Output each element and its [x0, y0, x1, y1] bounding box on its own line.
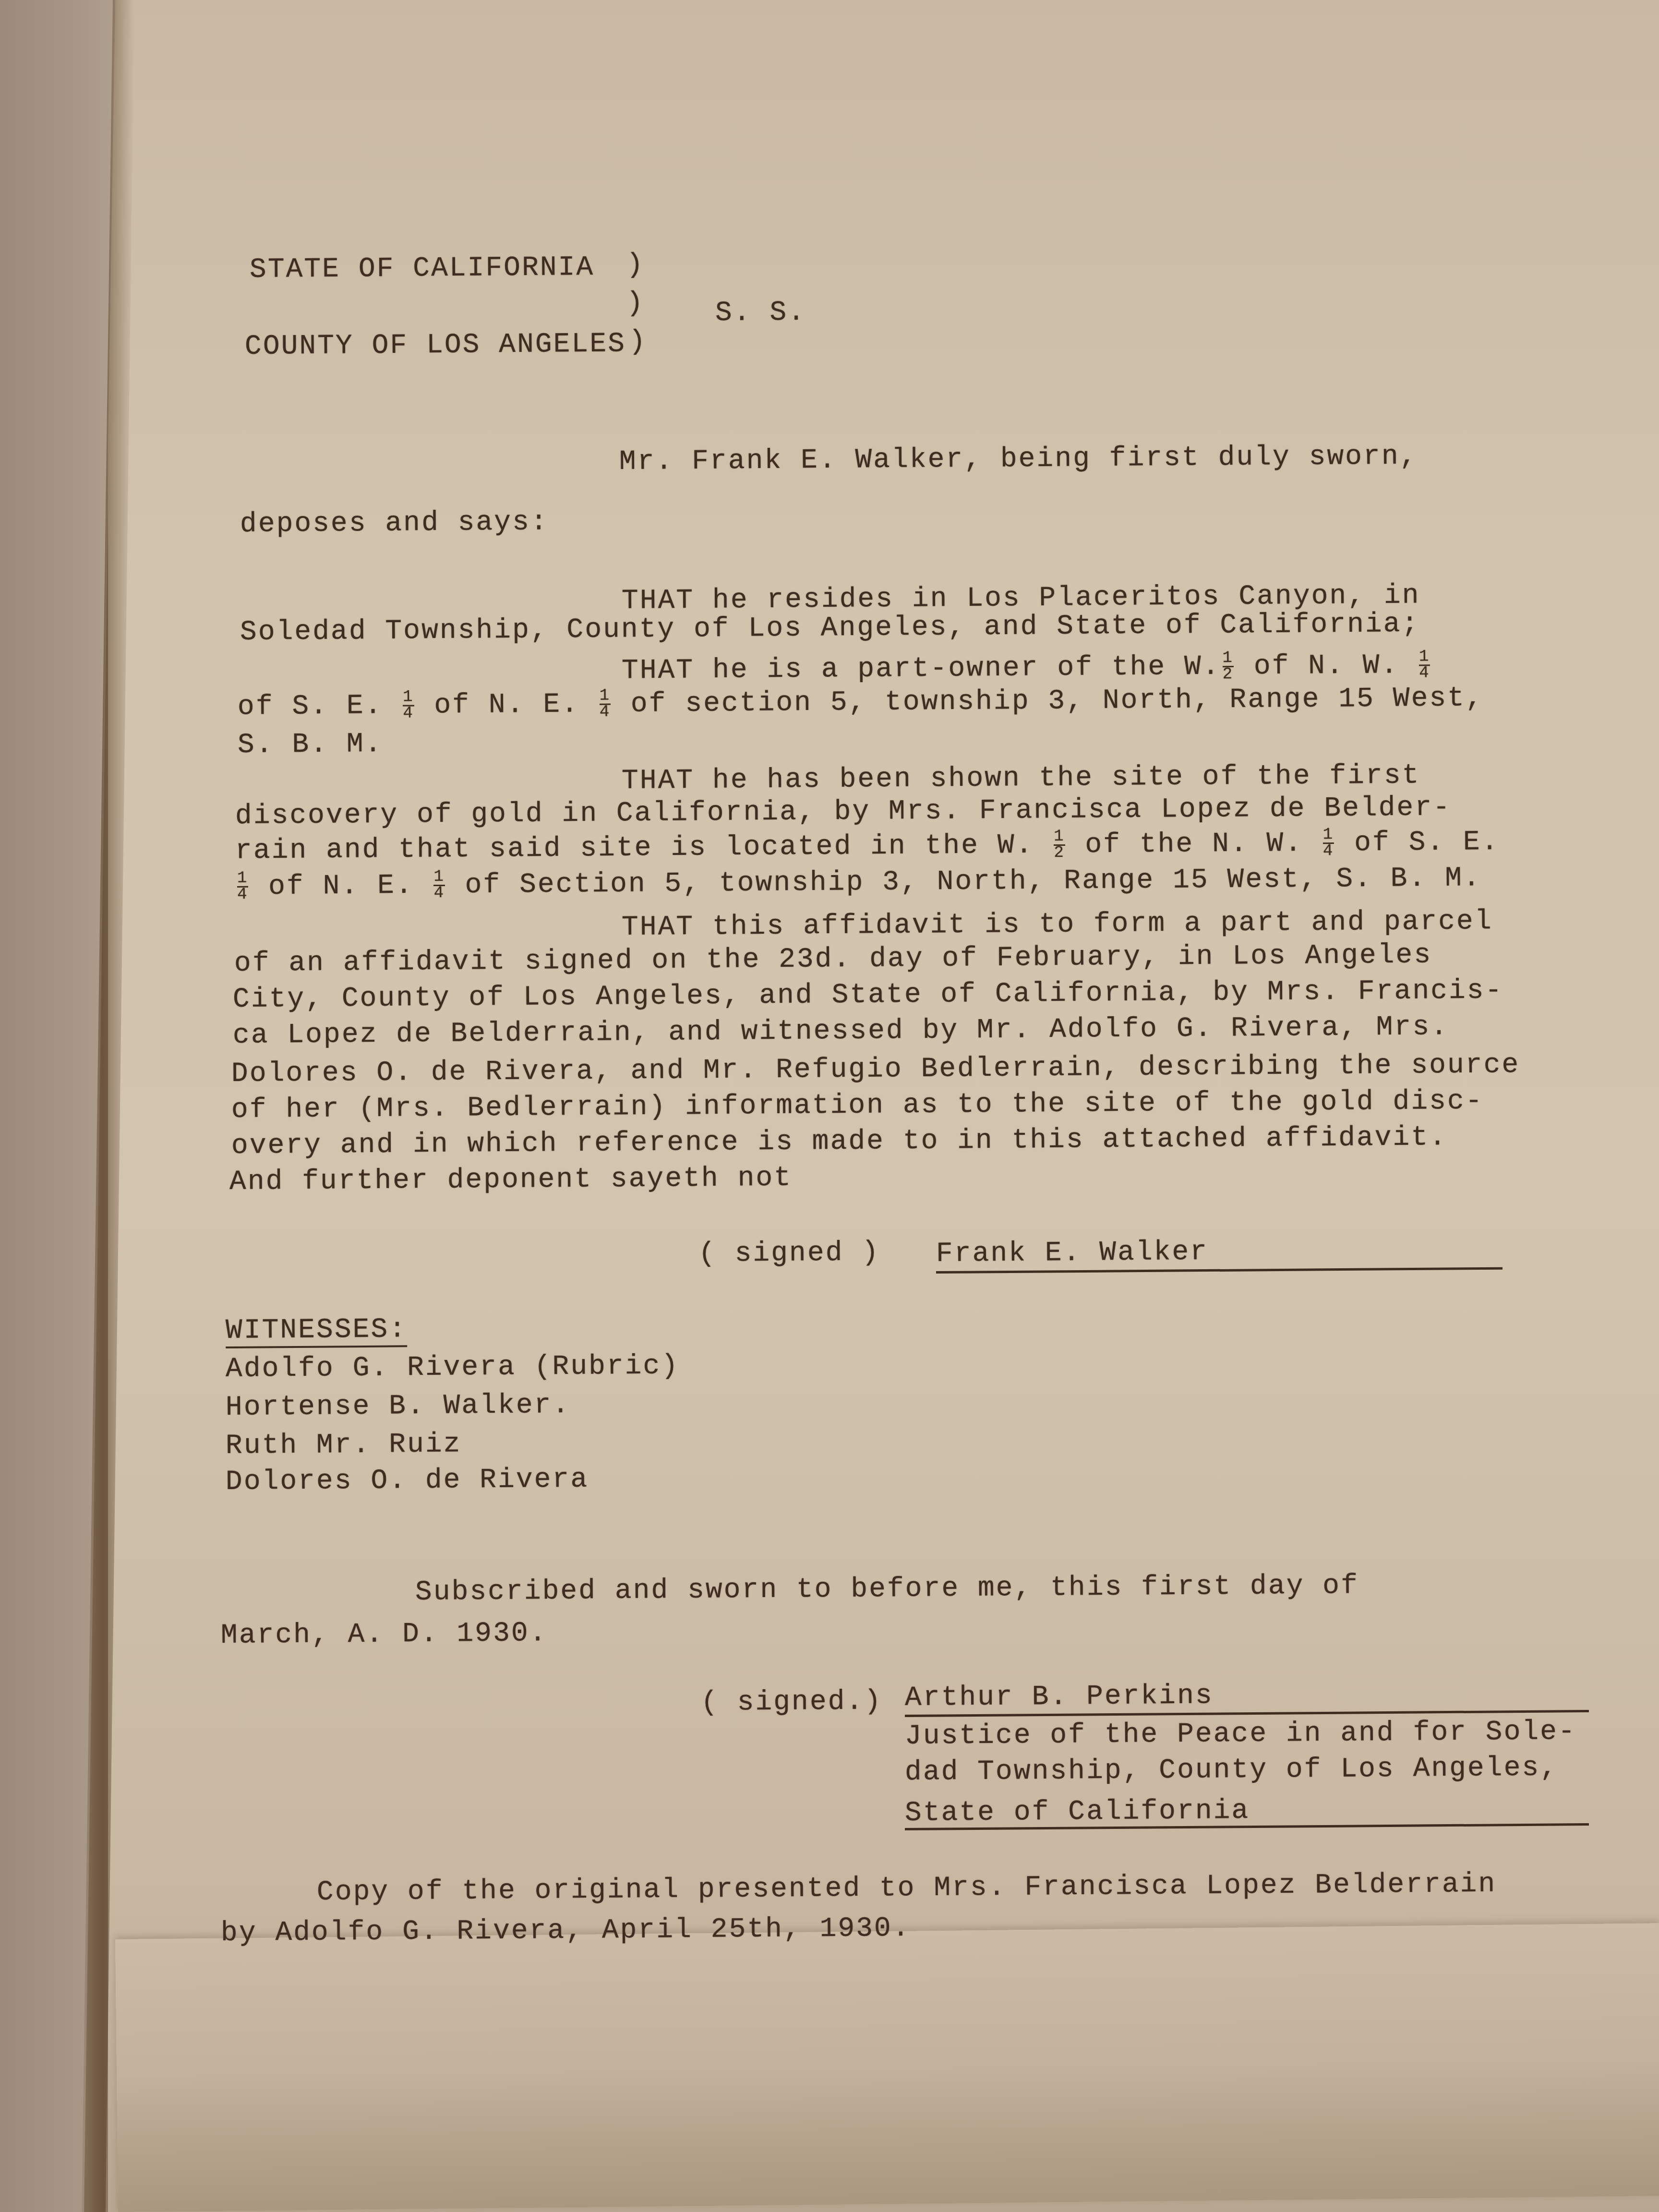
underlying-sheet [115, 1923, 1659, 2212]
caption-ss: S. S. [715, 297, 806, 329]
text: rain and that said site is located in th… [235, 830, 1052, 867]
text: of N. E. [250, 870, 432, 903]
jurat-line-2: March, A. D. 1930. [221, 1618, 548, 1651]
witness-2: Hortense B. Walker. [226, 1390, 571, 1423]
text: of S. E. [238, 690, 401, 722]
copy-note-line-2: by Adolfo G. Rivera, April 25th, 1930. [221, 1913, 911, 1949]
fraction-half: 12 [1222, 651, 1234, 682]
text: WITNESSES: [226, 1314, 408, 1348]
witness-3: Ruth Mr. Ruiz [226, 1429, 462, 1462]
purpose-line-8: And further deponent sayeth not [229, 1163, 792, 1198]
jurat-line-1: Subscribed and sworn to before me, this … [415, 1570, 1359, 1608]
fraction-quarter: 14 [1419, 649, 1431, 680]
officer-signed-label: ( signed.) [701, 1686, 883, 1719]
caption-county: COUNTY OF LOS ANGELES [245, 328, 626, 362]
text: of the N. W. [1067, 828, 1321, 861]
ownership-line-3: S. B. M. [238, 729, 383, 761]
opening-line-2: deposes and says: [240, 507, 549, 540]
officer-title-1: Justice of the Peace in and for Sole- [905, 1716, 1576, 1752]
officer-signature-name: Arthur B. Perkins [905, 1681, 1214, 1714]
fraction-half: 12 [1054, 829, 1065, 860]
officer-title-2: dad Township, County of Los Angeles, [905, 1752, 1558, 1788]
caption-bracket-1: ) [626, 250, 645, 281]
officer-title-3: State of California [905, 1795, 1250, 1829]
text: of N. W. [1236, 650, 1418, 683]
purpose-line-1: THAT this affidavit is to form a part an… [622, 906, 1493, 943]
fraction-quarter: 14 [599, 689, 611, 720]
deponent-signed-label: ( signed ) [698, 1237, 880, 1270]
fraction-quarter: 14 [403, 690, 414, 721]
text: of section 5, township 3, North, Range 1… [613, 683, 1484, 720]
fraction-quarter: 14 [1323, 828, 1334, 858]
fraction-quarter: 14 [433, 870, 445, 901]
witness-1: Adolfo G. Rivera (Rubric) [226, 1350, 680, 1385]
caption-bracket-2: ) [626, 288, 645, 319]
ownership-line-1: THAT he is a part-owner of the W.12 of N… [622, 649, 1432, 686]
text: of N. E. [416, 689, 598, 721]
text: of S. E. [1336, 827, 1500, 859]
deponent-signature-name: Frank E. Walker [936, 1237, 1209, 1270]
witnesses-heading: WITNESSES: [226, 1314, 408, 1348]
witness-4: Dolores O. de Rivera [226, 1464, 589, 1498]
caption-bracket-3: ) [629, 326, 647, 358]
opening-line-1: Mr. Frank E. Walker, being first duly sw… [619, 441, 1418, 478]
fraction-quarter: 14 [237, 871, 249, 902]
text: THAT he is a part-owner of the W. [622, 651, 1221, 687]
caption-state: STATE OF CALIFORNIA [250, 252, 595, 286]
site-line-1: THAT he has been shown the site of the f… [622, 760, 1420, 797]
